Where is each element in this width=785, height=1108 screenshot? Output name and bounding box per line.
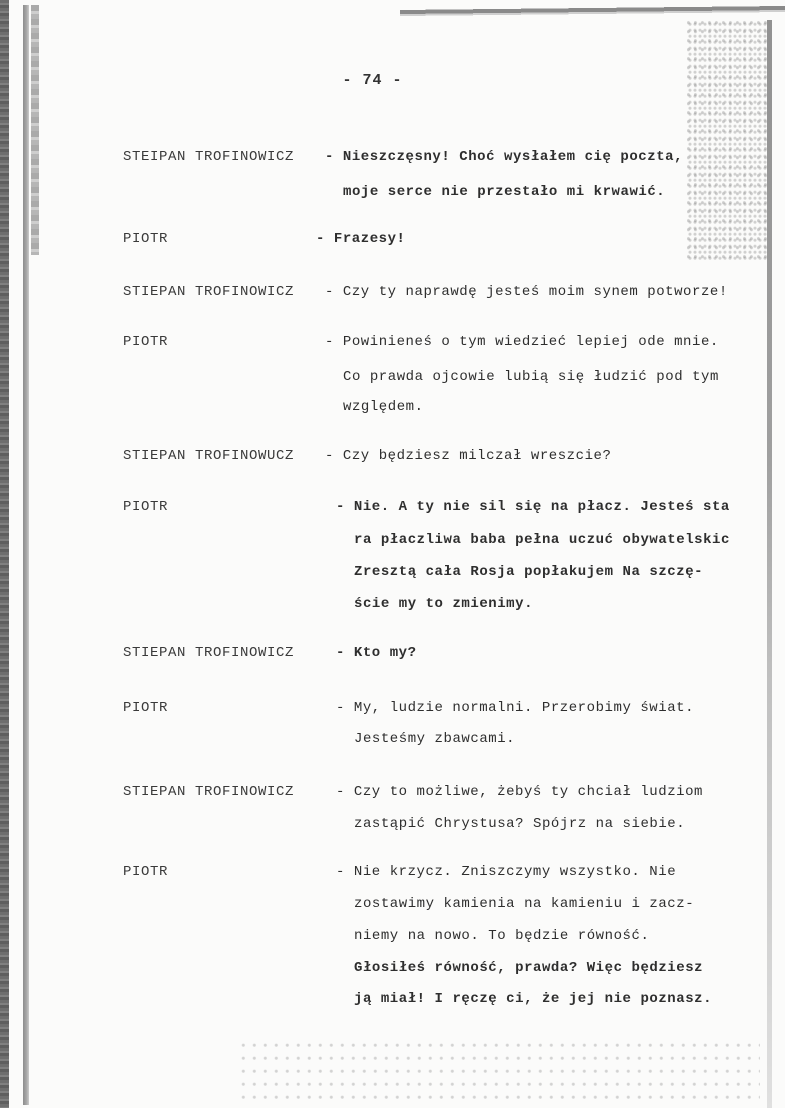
dialogue-line: Głosiłeś równość, prawda? Więc będziesz <box>354 957 703 979</box>
dialogue-line: zostawimy kamienia na kamieniu i zacz- <box>354 893 694 915</box>
dialogue-line: - Czy będziesz milczał wreszcie? <box>325 445 611 467</box>
speaker-name: PIOTR <box>123 331 168 353</box>
dialogue-line: moje serce nie przestało mi krwawić. <box>343 181 665 203</box>
dialogue-line: - Nieszczęsny! Choć wysłałem cię poczta, <box>325 146 683 168</box>
speaker-name: STEIPAN TROFINOWICZ <box>123 146 294 168</box>
dialogue-line: Zresztą cała Rosja popłakujem Na szczę- <box>354 561 703 583</box>
scan-noise-bottom <box>240 1040 760 1108</box>
speaker-name: PIOTR <box>123 228 168 250</box>
dialogue-line: - Czy to możliwe, żebyś ty chciał ludzio… <box>336 781 703 803</box>
dialogue-line: niemy na nowo. To będzie równość. <box>354 925 649 947</box>
dialogue-line: - Powinieneś o tym wiedzieć lepiej ode m… <box>325 331 719 353</box>
dialogue-line: - My, ludzie normalni. Przerobimy świat. <box>336 697 694 719</box>
page-number: - 74 - <box>0 72 745 89</box>
dialogue-line: zastąpić Chrystusa? Spójrz na siebie. <box>354 813 685 835</box>
dialogue-line: względem. <box>343 396 424 418</box>
speaker-name: STIEPAN TROFINOWUCZ <box>123 445 294 467</box>
speaker-name: STIEPAN TROFINOWICZ <box>123 781 294 803</box>
scan-left-edge <box>0 0 9 1108</box>
dialogue-line: ra płaczliwa baba pełna uczuć obywatelsk… <box>354 529 730 551</box>
speaker-name: STIEPAN TROFINOWICZ <box>123 281 294 303</box>
speaker-name: STIEPAN TROFINOWICZ <box>123 642 294 664</box>
dialogue-line: Jesteśmy zbawcami. <box>354 728 515 750</box>
scan-left-fold-mark <box>31 5 39 255</box>
scan-top-edge <box>400 0 785 20</box>
scan-left-fold <box>23 5 29 1105</box>
speaker-name: PIOTR <box>123 496 168 518</box>
dialogue-line: ją miał! I ręczę ci, że jej nie poznasz. <box>354 988 712 1010</box>
dialogue-line: - Czy ty naprawdę jesteś moim synem potw… <box>325 281 728 303</box>
scan-noise-top-right <box>687 20 767 260</box>
speaker-name: PIOTR <box>123 861 168 883</box>
dialogue-line: ście my to zmienimy. <box>354 593 533 615</box>
dialogue-line: - Kto my? <box>336 642 417 664</box>
dialogue-line: - Frazesy! <box>316 228 406 250</box>
speaker-name: PIOTR <box>123 697 168 719</box>
dialogue-line: - Nie krzycz. Zniszczymy wszystko. Nie <box>336 861 676 883</box>
dialogue-line: - Nie. A ty nie sil się na płacz. Jesteś… <box>336 496 730 518</box>
dialogue-line: Co prawda ojcowie lubią się łudzić pod t… <box>343 366 719 388</box>
scan-right-edge <box>767 20 772 1108</box>
